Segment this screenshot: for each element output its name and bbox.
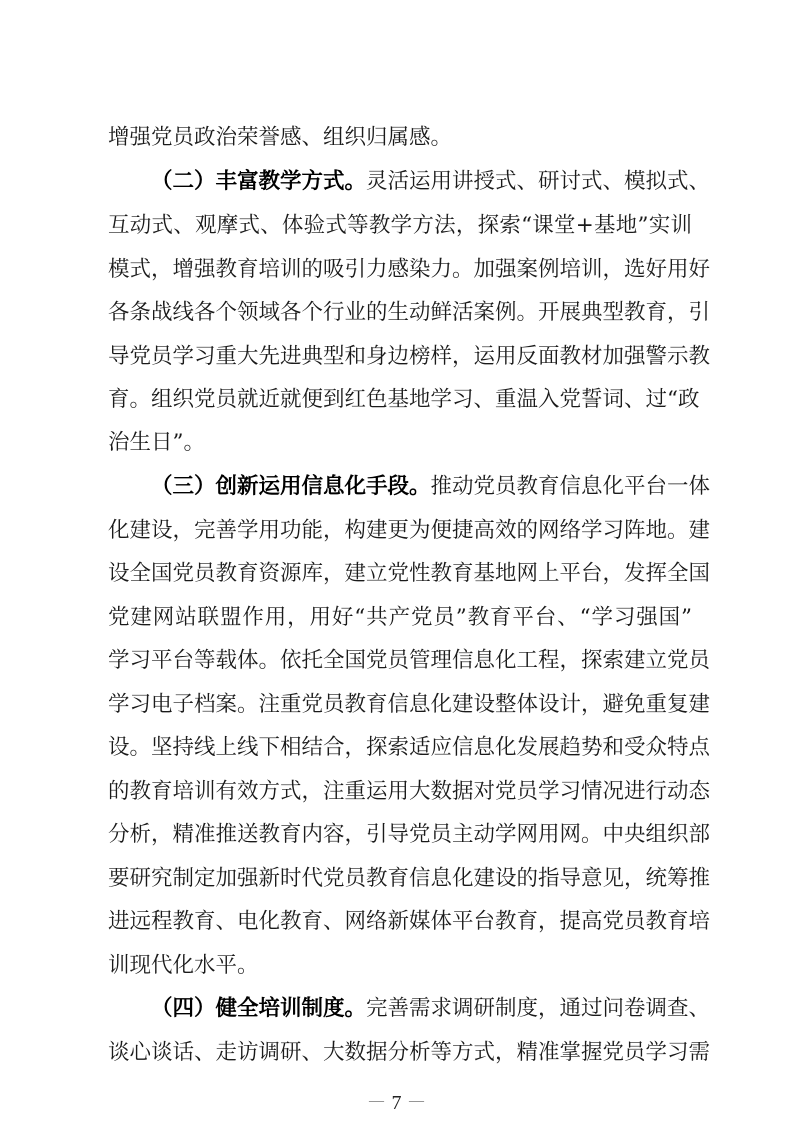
text-line: 各条战线各个领域各个行业的生动鲜活案例。开展典型教育，引 xyxy=(108,298,692,328)
text-line: 党建网站联盟作用，用好“共产党员”教育平台、“学习强国” xyxy=(108,603,692,633)
line-text: 化建设，完善学用功能，构建更为便捷高效的网络学习阵地。建 xyxy=(108,518,710,543)
text-line: 模式，增强教育培训的吸引力感染力。加强案例培训，选好用好 xyxy=(108,255,692,285)
text-line: 训现代化水平。 xyxy=(108,951,692,981)
line-text: 设。坚持线上线下相结合，探索适应信息化发展趋势和受众特点 xyxy=(108,735,710,760)
line-text: 要研究制定加强新时代党员教育信息化建设的指导意见，统筹推 xyxy=(108,866,710,891)
line-text: 推动党员教育信息化平台一体 xyxy=(431,474,711,499)
section-heading-line: （四）健全培训制度。完善需求调研制度，通过问卷调查、 xyxy=(151,994,692,1024)
line-text: 育。组织党员就近就便到红色基地学习、重温入党誓词、过“政 xyxy=(108,387,700,412)
text-line: 学习平台等载体。依托全国党员管理信息化工程，探索建立党员 xyxy=(108,646,692,676)
text-line: 要研究制定加强新时代党员教育信息化建设的指导意见，统筹推 xyxy=(108,864,692,894)
line-text: 学习平台等载体。依托全国党员管理信息化工程，探索建立党员 xyxy=(108,648,710,673)
line-text: 导党员学习重大先进典型和身边榜样，运用反面教材加强警示教 xyxy=(108,344,710,369)
line-text: 灵活运用讲授式、研讨式、模拟式、 xyxy=(366,169,710,194)
section-heading-line: （二）丰富教学方式。灵活运用讲授式、研讨式、模拟式、 xyxy=(151,167,692,197)
text-line: 设全国党员教育资源库，建立党性教育基地网上平台，发挥全国 xyxy=(108,559,692,589)
line-text: 模式，增强教育培训的吸引力感染力。加强案例培训，选好用好 xyxy=(108,257,710,282)
section-heading: （二）丰富教学方式。 xyxy=(151,169,366,194)
text-line: 进远程教育、电化教育、网络新媒体平台教育，提高党员教育培 xyxy=(108,907,692,937)
line-text: 分析，精准推送教育内容，引导党员主动学网用网。中央组织部 xyxy=(108,822,710,847)
line-text: 的教育培训有效方式，注重运用大数据对党员学习情况进行动态 xyxy=(108,779,710,804)
page-number: － 7 － xyxy=(0,1086,793,1115)
text-line: 治生日”。 xyxy=(108,428,692,458)
text-line: 化建设，完善学用功能，构建更为便捷高效的网络学习阵地。建 xyxy=(108,516,692,546)
line-text: 增强党员政治荣誉感、组织归属感。 xyxy=(108,125,452,150)
text-line: 学习电子档案。注重党员教育信息化建设整体设计，避免重复建 xyxy=(108,690,692,720)
line-text: 完善需求调研制度，通过问卷调查、 xyxy=(366,996,710,1021)
page-number-left-dash: － xyxy=(367,1092,387,1114)
line-text: 谈心谈话、走访调研、大数据分析等方式，精准掌握党员学习需 xyxy=(108,1040,710,1065)
text-line: 互动式、观摩式、体验式等教学方法，探索“课堂+基地”实训 xyxy=(108,211,692,241)
line-text: 党建网站联盟作用，用好“共产党员”教育平台、“学习强国” xyxy=(108,605,692,630)
section-heading-line: （三）创新运用信息化手段。推动党员教育信息化平台一体 xyxy=(151,472,692,502)
text-line: 设。坚持线上线下相结合，探索适应信息化发展趋势和受众特点 xyxy=(108,733,692,763)
line-text: 进远程教育、电化教育、网络新媒体平台教育，提高党员教育培 xyxy=(108,909,710,934)
line-text: 治生日”。 xyxy=(108,430,205,455)
text-line: 增强党员政治荣誉感、组织归属感。 xyxy=(108,123,692,153)
text-line: 育。组织党员就近就便到红色基地学习、重温入党誓词、过“政 xyxy=(108,385,692,415)
text-line: 导党员学习重大先进典型和身边榜样，运用反面教材加强警示教 xyxy=(108,342,692,372)
text-line: 的教育培训有效方式，注重运用大数据对党员学习情况进行动态 xyxy=(108,777,692,807)
section-heading: （三）创新运用信息化手段。 xyxy=(151,474,431,499)
line-text: 设全国党员教育资源库，建立党性教育基地网上平台，发挥全国 xyxy=(108,561,710,586)
page-number-right-dash: － xyxy=(407,1092,427,1114)
text-line: 谈心谈话、走访调研、大数据分析等方式，精准掌握党员学习需 xyxy=(108,1038,692,1068)
line-text: 各条战线各个领域各个行业的生动鲜活案例。开展典型教育，引 xyxy=(108,300,710,325)
page-number-value: 7 xyxy=(392,1092,402,1114)
section-heading: （四）健全培训制度。 xyxy=(151,996,366,1021)
document-page: 增强党员政治荣誉感、组织归属感。 （二）丰富教学方式。灵活运用讲授式、研讨式、模… xyxy=(0,0,793,1122)
line-text: 学习电子档案。注重党员教育信息化建设整体设计，避免重复建 xyxy=(108,692,710,717)
text-line: 分析，精准推送教育内容，引导党员主动学网用网。中央组织部 xyxy=(108,820,692,850)
line-text: 训现代化水平。 xyxy=(108,953,259,978)
line-text: 互动式、观摩式、体验式等教学方法，探索“课堂+基地”实训 xyxy=(108,213,692,238)
